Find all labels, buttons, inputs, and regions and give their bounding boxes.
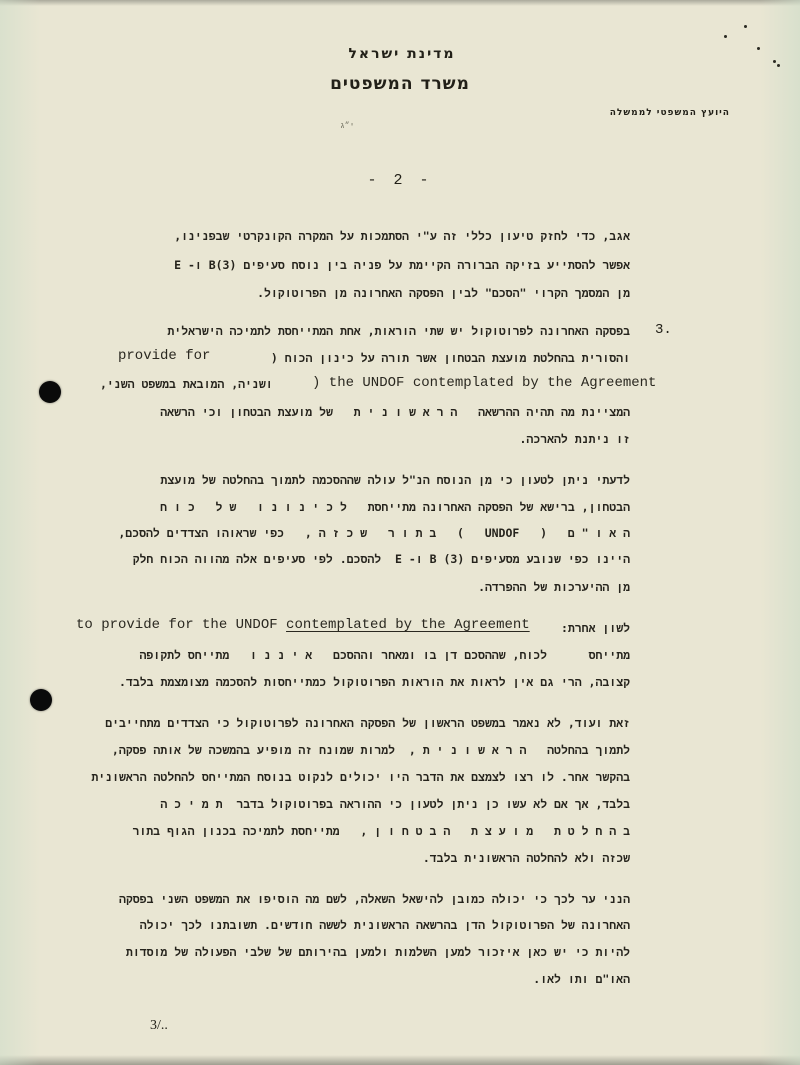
moreover-line-3: בהקשר אחר. לו רצו לצמצם את הדבר היו יכול… <box>91 770 630 785</box>
moreover-line-4: בלבד, אך אם לא עשו כן ניתן לטעון כי ההור… <box>160 797 630 812</box>
letterhead-ministry: משרד המשפטים <box>0 74 800 94</box>
ink-speck <box>777 64 780 67</box>
opinion-line-4: היינו כפי שנובע מסעיפים (3) B ו- E להסכם… <box>133 552 630 567</box>
opinion-line-2: הבטחון, ברישא של הפסקה האחרונה מתייחסת ל… <box>160 500 630 515</box>
moreover-line-1: זאת ועוד, לא נאמר במשפט הראשון של הפסקה … <box>105 716 630 731</box>
p3-english-undof: ) the UNDOF contemplated by the Agreemen… <box>312 375 656 391</box>
other-words-line-2: קצובה, הרי גם אין לראות את הוראות הפרוטו… <box>119 675 630 690</box>
p3-line-4: המציינת מה תהיה ההרשאה ה ר א ש ו נ י ת ש… <box>160 405 630 420</box>
moreover-line-6: שכזה ולא להחלטה הראשונית בלבד. <box>423 851 630 866</box>
opinion-line-3: ה א ו " ם ( UNDOF ) ב ת ו ר ש כ ז ה , כפ… <box>118 526 630 541</box>
english-underlined: contemplated by the Agreement <box>286 617 530 633</box>
p3-line-5: זו ניתנת להארכה. <box>520 432 631 447</box>
moreover-line-2: לתמוך בהחלטה ה ר א ש ו נ י ת , למרות שמו… <box>112 743 630 758</box>
p3-line-2: והסורית בהחלטת מועצת הבטחון אשר תורה על … <box>271 351 630 366</box>
intro-line-2: אפשר להסתייע בזיקה הברורה הקיימת על פניה… <box>174 258 630 273</box>
english-plain: to provide for the UNDOF <box>76 617 286 633</box>
continuation-marker: 3/.. <box>150 1018 168 1034</box>
page-number: - 2 - <box>0 172 800 189</box>
opinion-line-1: לדעתי ניתן לטעון כי מן הנוסח הנ"ל עולה ש… <box>160 473 630 488</box>
conclusion-line-1: הנני ער לכך כי יכולה כמובן להישאל השאלה,… <box>119 892 630 907</box>
document-page: מדינת ישראל משרד המשפטים היועץ המשפטי למ… <box>0 0 800 1065</box>
other-words-line-1: מתייחס לכוח, שההסכם דן בו ומאחר וההסכם א… <box>140 648 631 663</box>
ink-speck <box>724 35 727 38</box>
ink-speck <box>744 25 747 28</box>
intro-line-3: מן המסמך הקרוי "הסכם" לבין הפסקה האחרונה… <box>257 286 630 301</box>
opinion-line-5: מן ההיערכות של ההפרדה. <box>478 580 630 595</box>
moreover-line-5: ב ה ח ל ט ת מ ו ע צ ת ה ב ט ח ו ן , מתיי… <box>132 824 630 839</box>
other-words-label: לשון אחרת: <box>561 621 630 636</box>
other-words-english: to provide for the UNDOF contemplated by… <box>76 617 530 633</box>
conclusion-line-2: האחרונה של הפרוטוקול הדן בהרשאה הראשונית… <box>140 918 630 933</box>
conclusion-line-3: להיות כי יש כאן איזכור למען השלמות ולמען… <box>126 945 630 960</box>
p3-english-provide: provide for <box>118 348 210 364</box>
letterhead-state: מדינת ישראל <box>0 46 800 62</box>
conclusion-line-4: האו"ם ותו לאו. <box>533 972 630 987</box>
punch-hole <box>39 381 61 403</box>
paragraph-number: 3. <box>655 322 672 338</box>
small-mark: י״ג <box>340 122 354 131</box>
intro-line-1: אגב, כדי לחזק טיעון כללי זה ע"י הסתמכות … <box>174 229 630 244</box>
punch-hole <box>30 689 52 711</box>
letterhead-office: היועץ המשפטי לממשלה <box>610 108 730 118</box>
p3-line-3: ושניה, המובאת במשפט השני, <box>100 377 273 392</box>
p3-line-1: בפסקה האחרונה לפרוטוקול יש שתי הוראות, א… <box>167 324 630 339</box>
